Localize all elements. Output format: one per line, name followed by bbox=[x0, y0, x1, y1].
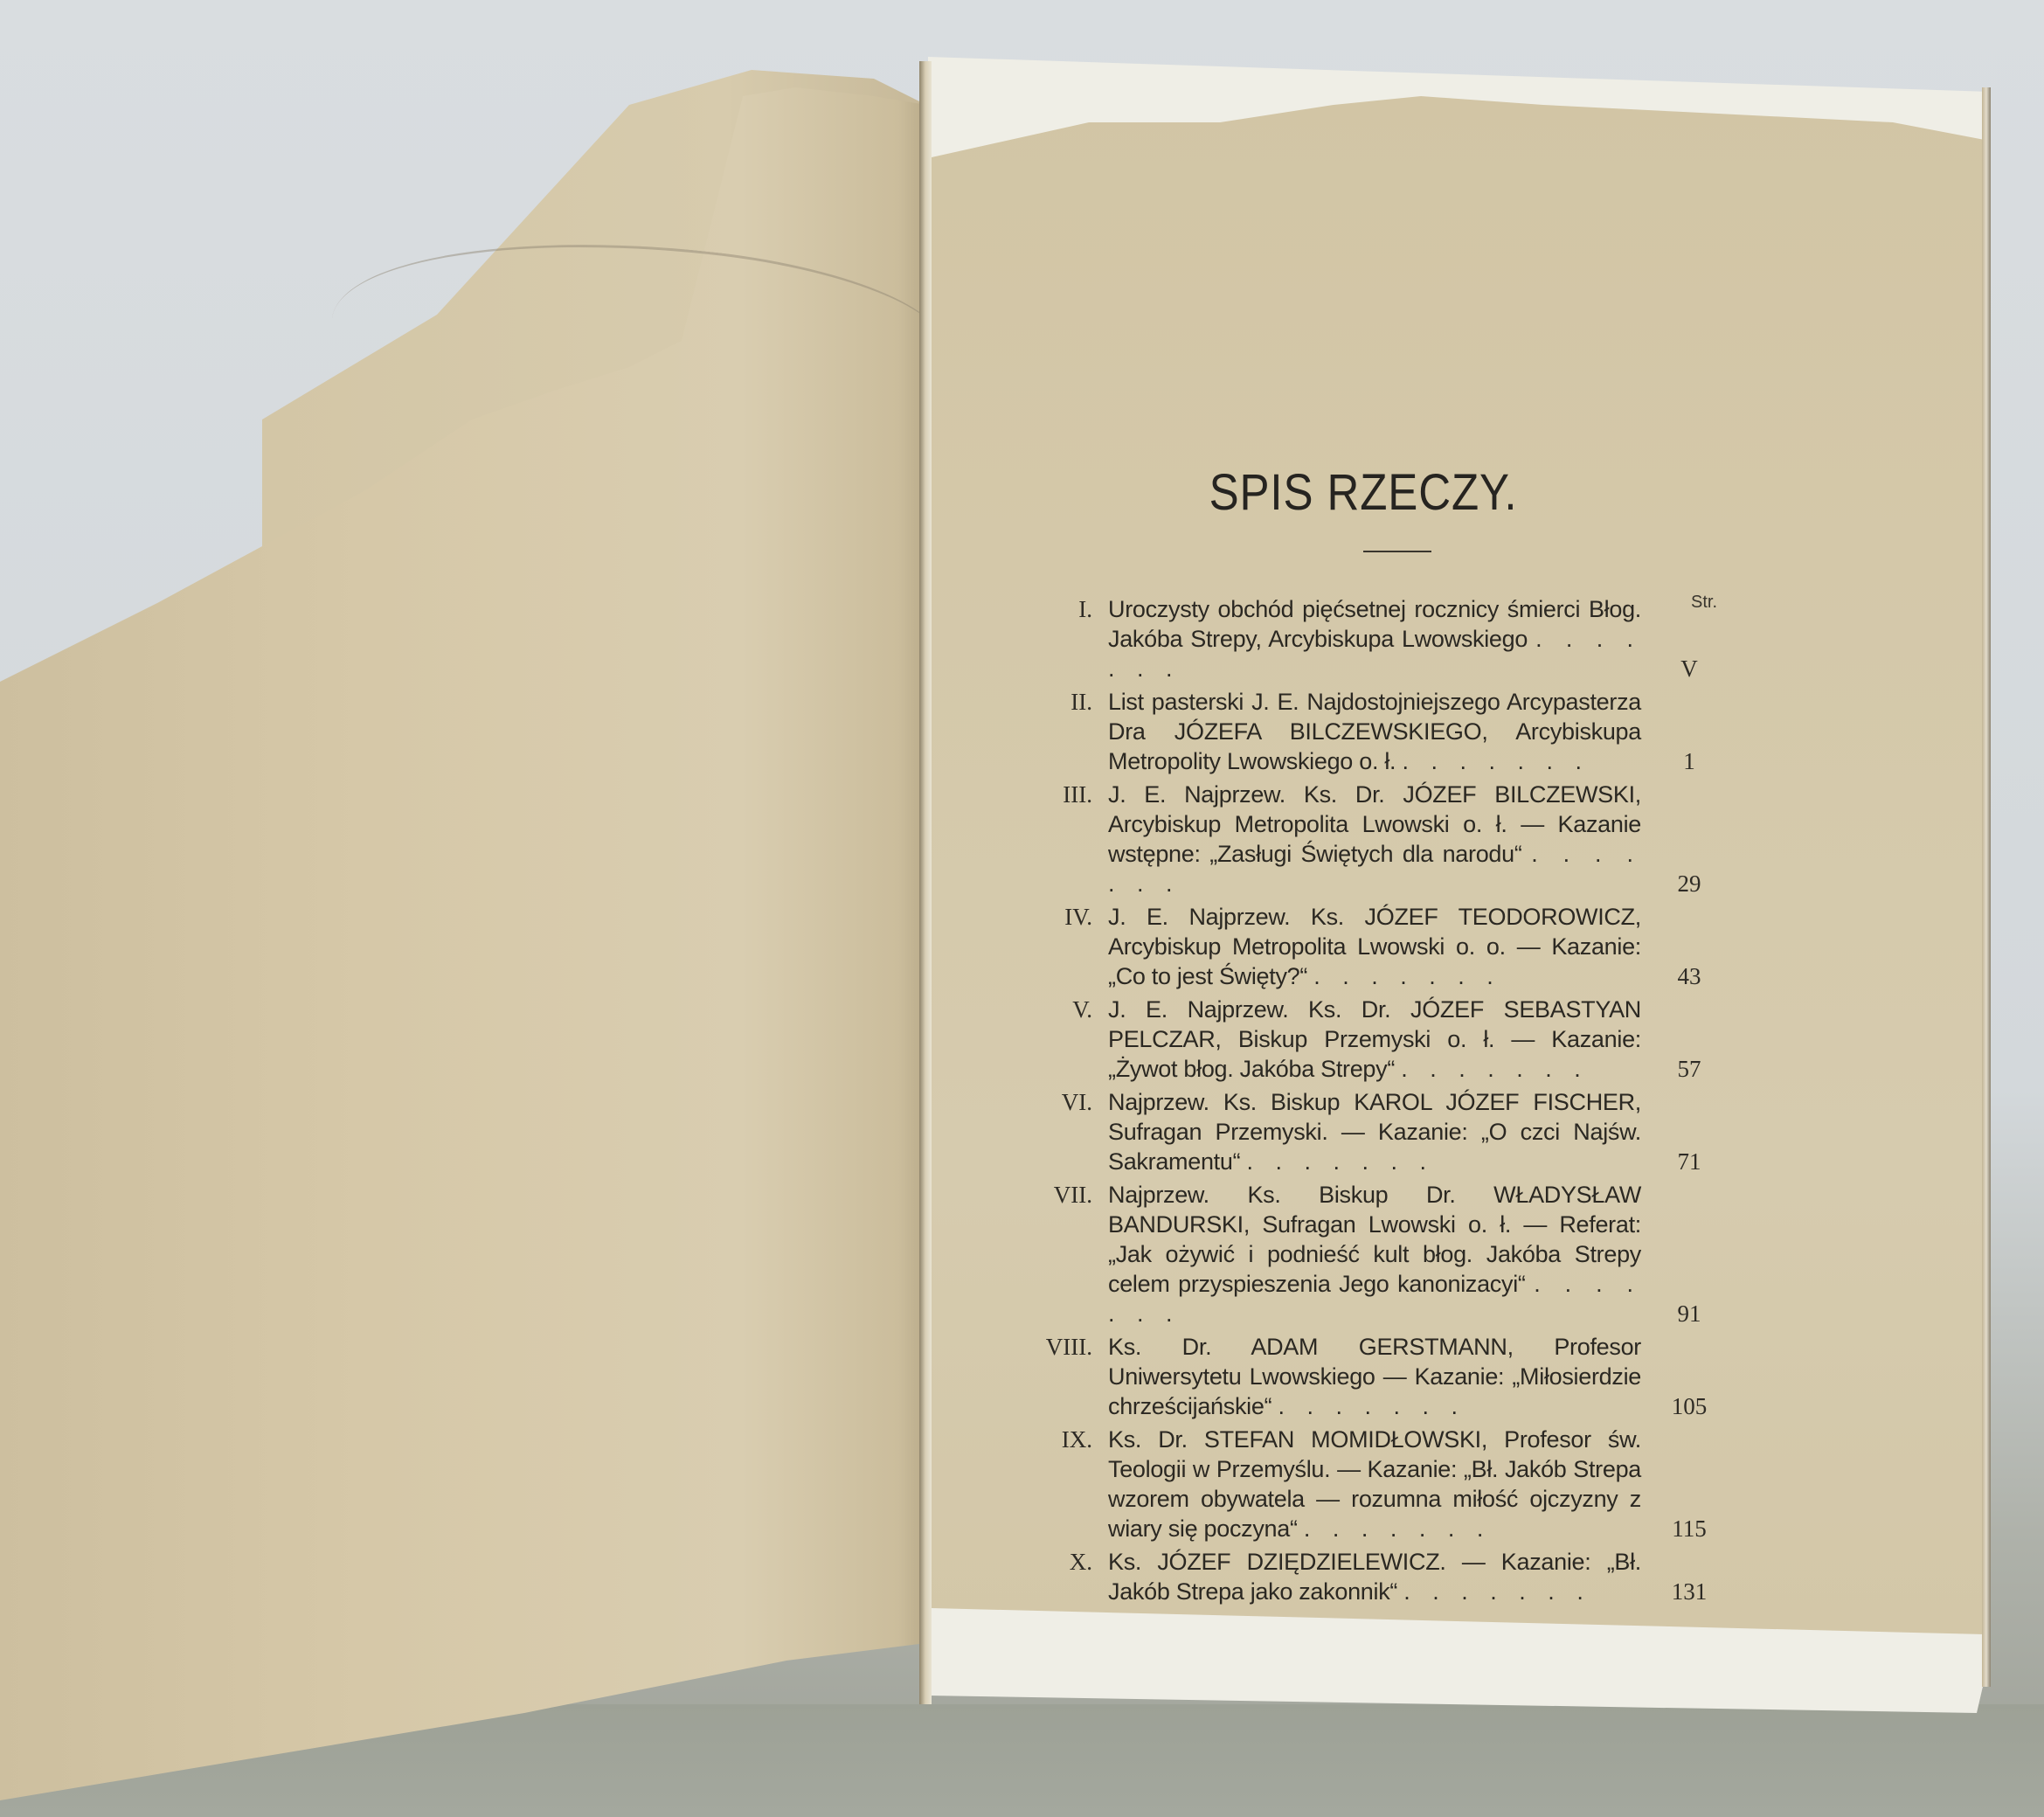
book-spine-gutter bbox=[919, 61, 932, 1704]
entry-title: J. E. Najprzew. Ks. Dr. JÓZEF SEBASTYAN … bbox=[1108, 995, 1641, 1084]
entry-title: List pasterski J. E. Najdostojniejszego … bbox=[1108, 687, 1641, 776]
table-of-contents: SPIS RZECZY. Str. I.Uroczysty obchód pię… bbox=[1031, 0, 1992, 1817]
entry-page-number: 43 bbox=[1641, 961, 1737, 991]
entry-title: J. E. Najprzew. Ks. Dr. JÓZEF BILCZEWSKI… bbox=[1108, 780, 1641, 898]
entry-numeral: VIII. bbox=[1031, 1332, 1108, 1362]
toc-entry: I.Uroczysty obchód pięćsetnej rocznicy ś… bbox=[1031, 594, 1992, 683]
entry-numeral: V. bbox=[1031, 995, 1108, 1024]
entry-page-number: 71 bbox=[1641, 1147, 1737, 1176]
entry-numeral: IV. bbox=[1031, 902, 1108, 932]
entry-numeral: I. bbox=[1031, 594, 1108, 624]
toc-entry: VII.Najprzew. Ks. Biskup Dr. WŁADYSŁAW B… bbox=[1031, 1180, 1992, 1328]
leader-dots: . . . . . . . bbox=[1278, 1393, 1465, 1419]
toc-entry: IV.J. E. Najprzew. Ks. JÓZEF TEODOROWICZ… bbox=[1031, 902, 1992, 991]
leader-dots: . . . . . . . bbox=[1403, 1578, 1591, 1605]
entry-page-number: 91 bbox=[1641, 1299, 1737, 1328]
leader-dots: . . . . . . . bbox=[1304, 1515, 1492, 1542]
toc-entry: VI.Najprzew. Ks. Biskup KAROL JÓZEF FISC… bbox=[1031, 1087, 1992, 1176]
entry-page-number: 29 bbox=[1641, 869, 1737, 898]
leader-dots: . . . . . . . bbox=[1246, 1148, 1434, 1175]
entry-title: Uroczysty obchód pięćsetnej rocznicy śmi… bbox=[1108, 594, 1641, 683]
entry-page-number: 105 bbox=[1641, 1391, 1737, 1421]
entry-title: J. E. Najprzew. Ks. JÓZEF TEODOROWICZ, A… bbox=[1108, 902, 1641, 991]
entry-numeral: VII. bbox=[1031, 1180, 1108, 1210]
toc-entry: III.J. E. Najprzew. Ks. Dr. JÓZEF BILCZE… bbox=[1031, 780, 1992, 898]
entry-page-number: 1 bbox=[1641, 746, 1737, 776]
entry-page-number: 115 bbox=[1641, 1514, 1737, 1543]
entry-numeral: X. bbox=[1031, 1547, 1108, 1577]
entry-page-number: V bbox=[1641, 654, 1737, 683]
entry-page-number: 131 bbox=[1641, 1577, 1737, 1606]
entry-title: Najprzew. Ks. Biskup Dr. WŁADYSŁAW BANDU… bbox=[1108, 1180, 1641, 1328]
entry-page-number: 57 bbox=[1641, 1054, 1737, 1084]
toc-entry: VIII.Ks. Dr. ADAM GERSTMANN, Profesor Un… bbox=[1031, 1332, 1992, 1421]
toc-entry: II.List pasterski J. E. Najdostojniejsze… bbox=[1031, 687, 1992, 776]
toc-entries: I.Uroczysty obchód pięćsetnej rocznicy ś… bbox=[1031, 594, 1992, 1610]
leader-dots: . . . . . . . bbox=[1401, 1056, 1589, 1082]
toc-entry: X.Ks. JÓZEF DZIĘDZIELEWICZ. — Kazanie: „… bbox=[1031, 1547, 1992, 1606]
entry-title: Ks. Dr. STEFAN MOMIDŁOWSKI, Profesor św.… bbox=[1108, 1425, 1641, 1543]
entry-title: Ks. Dr. ADAM GERSTMANN, Profesor Uniwers… bbox=[1108, 1332, 1641, 1421]
toc-title: SPIS RZECZY. bbox=[1071, 463, 1656, 522]
toc-entry: IX.Ks. Dr. STEFAN MOMIDŁOWSKI, Profesor … bbox=[1031, 1425, 1992, 1543]
entry-title: Ks. JÓZEF DZIĘDZIELEWICZ. — Kazanie: „Bł… bbox=[1108, 1547, 1641, 1606]
title-divider bbox=[1363, 551, 1431, 552]
leader-dots: . . . . . . . bbox=[1402, 748, 1590, 774]
entry-numeral: VI. bbox=[1031, 1087, 1108, 1117]
leader-dots: . . . . . . . bbox=[1313, 963, 1501, 989]
entry-numeral: II. bbox=[1031, 687, 1108, 717]
entry-numeral: IX. bbox=[1031, 1425, 1108, 1454]
entry-title: Najprzew. Ks. Biskup KAROL JÓZEF FISCHER… bbox=[1108, 1087, 1641, 1176]
toc-entry: V.J. E. Najprzew. Ks. Dr. JÓZEF SEBASTYA… bbox=[1031, 995, 1992, 1084]
entry-numeral: III. bbox=[1031, 780, 1108, 809]
